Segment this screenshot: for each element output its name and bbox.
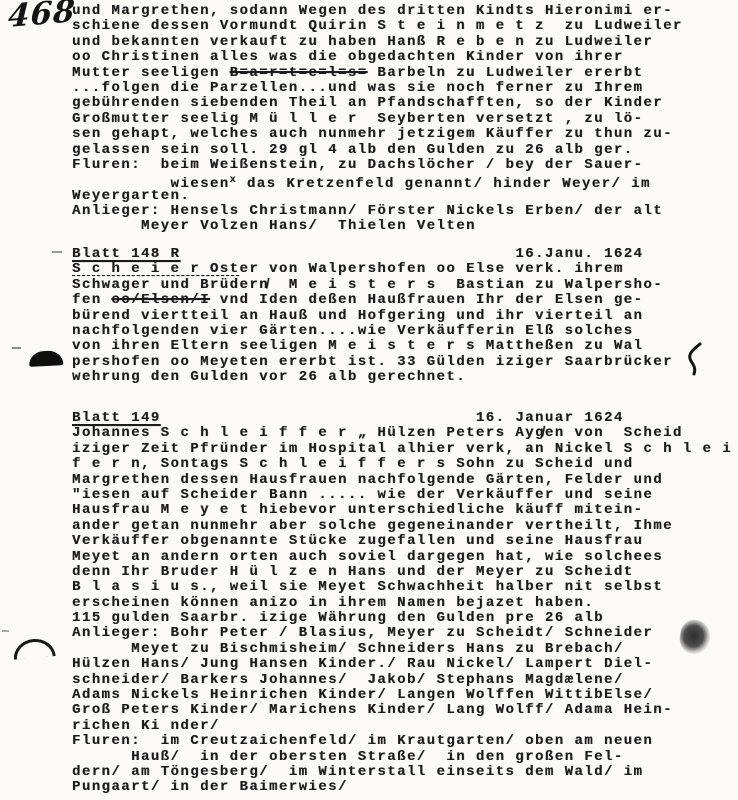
text-segment: Meyer Volzen Hans/ Thielen Velten — [72, 218, 476, 234]
text-line: Adams Nickels Heinrichen Kinder/ Langen … — [72, 688, 732, 703]
text-line: dern/ am Töngesberg/ im Winterstall eins… — [72, 765, 732, 780]
text-line: Blatt 149 16. Januar 1624 — [72, 411, 732, 426]
text-segment: Johannes S c h l e i f f e r „ Hülzen Pe… — [72, 425, 683, 441]
text-segment: richen Ki nder/ — [72, 718, 220, 734]
underline-text: Blatt 149 — [72, 410, 161, 426]
scanned-document-page: 468 und Margrethen, sodann Wegen des dri… — [0, 0, 738, 800]
text-line: richen Ki nder/ — [72, 719, 732, 734]
text-segment: erscheinen können anizo in ihrem Namen b… — [72, 595, 594, 611]
text-segment: Großmutter seelig M ü l l e r Seyberten … — [72, 111, 643, 127]
text-segment: ...folgen die Parzellen...und was sie no… — [72, 80, 643, 96]
text-line: Margrethen dessen Hausfrauen nachfolgend… — [72, 473, 732, 488]
text-segment: pershofen oo Meyeten ererbt ist. 33 Güld… — [72, 354, 673, 370]
text-segment: Schwager und Brüdern̸ M e i s t e r s Ba… — [72, 277, 663, 293]
underline-text: Blatt 148 R — [72, 246, 180, 262]
text-segment: oo Christinen alles was die obgedachten … — [72, 49, 624, 65]
blatt-149-block: Blatt 149 16. Januar 1624Johannes S c h … — [72, 411, 732, 796]
text-line: bürend viertteil an Hauß und Hofgering u… — [72, 309, 673, 324]
text-line: "iesen auf Scheider Bann ..... wie der V… — [72, 488, 732, 503]
text-line: Johannes S c h l e i f f e r „ Hülzen Pe… — [72, 426, 732, 441]
text-segment — [180, 246, 515, 262]
text-segment: wehrung den Gulden vor 26 alb gerechnet. — [72, 369, 466, 385]
text-segment: Hausfrau M e y e t hiebevor unterschiedl… — [72, 502, 643, 518]
text-line: Groß Peters Kinder/ Marichens Kinder/ La… — [72, 703, 732, 718]
text-segment: gelassen sein soll. 29 gl 4 alb den Guld… — [72, 142, 634, 158]
text-segment: schneider/ Barkers Johannes/ Jakob/ Step… — [72, 672, 624, 688]
text-segment: das Kretzenfeld genannt/ hinder Weyer/ i… — [237, 176, 651, 192]
text-line: oo Christinen alles was die obgedachten … — [72, 50, 683, 65]
text-line: Fluren: im Creutzaichenfeld/ im Krautgar… — [72, 734, 732, 749]
text-line: wehrung den Gulden vor 26 alb gerechnet. — [72, 370, 673, 385]
text-line: ander getan nunmehr aber solche gegenein… — [72, 519, 732, 534]
text-segment: schiene dessen Vormundt Quirin S t e i n… — [72, 18, 683, 34]
text-line: Schwager und Brüdern̸ M e i s t e r s Ba… — [72, 278, 673, 293]
text-segment: vnd Iden deßen Haußfrauen Ihr der Elsen … — [210, 292, 643, 308]
text-line: pershofen oo Meyeten ererbt ist. 33 Güld… — [72, 355, 673, 370]
text-segment: Mutter seeligen — [72, 65, 230, 81]
text-line: erscheinen können anizo in ihrem Namen b… — [72, 596, 732, 611]
blatt-148r-block: Blatt 148 R 16.Janu. 1624S c h e i e r O… — [72, 247, 673, 386]
text-segment: von ihren Eltern seeligen M e i s t e r … — [72, 338, 643, 354]
sup-text: x — [230, 175, 237, 186]
text-line: Mutter seeligen B=a=r=t=e=l=s= Barbeln z… — [72, 66, 683, 81]
text-segment: Meyet an andern orten auch soviel dargeg… — [72, 549, 663, 565]
text-segment: Meyet zu Bischmisheim/ Schneiders Hans z… — [72, 641, 624, 657]
text-line: Meyet zu Bischmisheim/ Schneiders Hans z… — [72, 642, 732, 657]
margin-dash-mark — [12, 347, 21, 349]
text-line: gebührenden siebenden Theil an Pfandscha… — [72, 96, 683, 111]
text-line: gelassen sein soll. 29 gl 4 alb den Guld… — [72, 143, 683, 158]
handwritten-page-number: 468 — [7, 0, 76, 35]
text-line: Meyer Volzen Hans/ Thielen Velten — [72, 219, 683, 234]
text-segment: 16.Janu. 1624 — [515, 246, 643, 262]
text-segment: ander getan nunmehr aber solche gegenein… — [72, 518, 673, 534]
text-line: nachfolgenden vier Gärten....wie Verkäuf… — [72, 324, 673, 339]
text-segment: Hülzen Hans/ Jung Hansen Kinder./ Rau Ni… — [72, 656, 653, 672]
text-segment: dern/ am Töngesberg/ im Winterstall eins… — [72, 764, 643, 780]
text-segment: Groß Peters Kinder/ Marichens Kinder/ La… — [72, 702, 673, 718]
text-segment — [161, 410, 476, 426]
text-segment: Barbeln zu Ludweiler ererbt — [368, 65, 644, 81]
text-line: und bekannten verkauft zu haben Hanß R e… — [72, 35, 683, 50]
text-segment: 115 gulden Saarbr. izige Währung den Gul… — [72, 610, 604, 626]
text-line: Hausfrau M e y e t hiebevor unterschiedl… — [72, 503, 732, 518]
text-line: B l a s i u s., weil sie Meyet Schwachhe… — [72, 580, 732, 595]
text-segment: Weyergarten. — [72, 188, 190, 204]
text-line: Fluren: beim Weißenstein, zu Dachslöcher… — [72, 158, 683, 173]
text-segment: Verkäuffer obgenannte Stücke zugefallen … — [72, 533, 643, 549]
text-line: iziger Zeit Pfründer im Hospital alhier … — [72, 442, 732, 457]
text-line: sen gehapt, welches auch nunmehr jetzige… — [72, 127, 683, 142]
text-segment: nachfolgenden vier Gärten....wie Verkäuf… — [72, 323, 634, 339]
u-dashed-text: S c h e i e r Ost — [72, 261, 239, 277]
text-segment: denn Ihr Bruder H ü l z e n Hans und der… — [72, 564, 634, 580]
text-segment: iziger Zeit Pfründer im Hospital alhier … — [72, 441, 732, 457]
text-segment: Fluren: beim Weißenstein, zu Dachslöcher… — [72, 157, 643, 173]
text-line: Hauß/ in der obersten Straße/ in den gro… — [72, 750, 732, 765]
strike-text: oo/Elsen/I — [111, 292, 210, 308]
text-segment: gebührenden siebenden Theil an Pfandscha… — [72, 95, 663, 111]
text-line: von ihren Eltern seeligen M e i s t e r … — [72, 339, 673, 354]
text-line: Pungaart/ in der Baimerwies/ — [72, 780, 732, 795]
text-line: f e r n, Sontags S c h l e i f f e r s S… — [72, 457, 732, 472]
text-segment: und Margrethen, sodann Wegen des dritten… — [72, 3, 673, 19]
text-segment: Pungaart/ in der Baimerwies/ — [72, 779, 348, 795]
text-line: Hülzen Hans/ Jung Hansen Kinder./ Rau Ni… — [72, 657, 732, 672]
text-segment: und bekannten verkauft zu haben Hanß R e… — [72, 34, 653, 50]
margin-dash-mark — [2, 630, 9, 632]
blatt-148-continuation-block: und Margrethen, sodann Wegen des dritten… — [72, 4, 683, 235]
text-segment: bürend viertteil an Hauß und Hofgering u… — [72, 308, 643, 324]
text-line: Verkäuffer obgenannte Stücke zugefallen … — [72, 534, 732, 549]
text-line: 115 gulden Saarbr. izige Währung den Gul… — [72, 611, 732, 626]
strike-text: B=a=r=t=e=l=s= — [230, 65, 368, 81]
text-line: fen oo/Elsen/I vnd Iden deßen Haußfrauen… — [72, 293, 673, 308]
text-line: und Margrethen, sodann Wegen des dritten… — [72, 4, 683, 19]
text-segment: Adams Nickels Heinrichen Kinder/ Langen … — [72, 687, 653, 703]
text-segment: Margrethen dessen Hausfrauen nachfolgend… — [72, 472, 663, 488]
text-segment: Fluren: im Creutzaichenfeld/ im Krautgar… — [72, 733, 653, 749]
text-line: denn Ihr Bruder H ü l z e n Hans und der… — [72, 565, 732, 580]
text-segment: f e r n, Sontags S c h l e i f f e r s S… — [72, 456, 634, 472]
margin-bracket-mark — [684, 342, 704, 378]
pen-arc-mark — [12, 637, 55, 660]
text-segment: 16. Januar 1624 — [476, 410, 624, 426]
text-segment: "iesen auf Scheider Bann ..... wie der V… — [72, 487, 653, 503]
text-line: Blatt 148 R 16.Janu. 1624 — [72, 247, 673, 262]
text-segment: Anlieger: Hensels Christmann/ Förster Ni… — [72, 203, 663, 219]
text-segment: fen — [72, 292, 111, 308]
text-segment: er von Walpershofen oo Else verk. ihrem — [239, 261, 623, 277]
text-segment: B l a s i u s., weil sie Meyet Schwachhe… — [72, 579, 663, 595]
text-line: schiene dessen Vormundt Quirin S t e i n… — [72, 19, 683, 34]
text-line: ...folgen die Parzellen...und was sie no… — [72, 81, 683, 96]
text-line: S c h e i e r Oster von Walpershofen oo … — [72, 262, 673, 277]
text-line: Anlieger: Hensels Christmann/ Förster Ni… — [72, 204, 683, 219]
ink-blot-mark — [29, 350, 64, 367]
text-line: Anlieger: Bohr Peter / Blasius, Meyer zu… — [72, 626, 732, 641]
text-line: wiesenx das Kretzenfeld genannt/ hinder … — [72, 173, 683, 188]
text-segment: Anlieger: Bohr Peter / Blasius, Meyer zu… — [72, 625, 653, 641]
text-line: Meyet an andern orten auch soviel dargeg… — [72, 550, 732, 565]
text-line: Großmutter seelig M ü l l e r Seyberten … — [72, 112, 683, 127]
text-segment: sen gehapt, welches auch nunmehr jetzige… — [72, 126, 673, 142]
margin-dash-mark — [52, 251, 62, 253]
text-segment: Hauß/ in der obersten Straße/ in den gro… — [72, 749, 624, 765]
text-line: schneider/ Barkers Johannes/ Jakob/ Step… — [72, 673, 732, 688]
